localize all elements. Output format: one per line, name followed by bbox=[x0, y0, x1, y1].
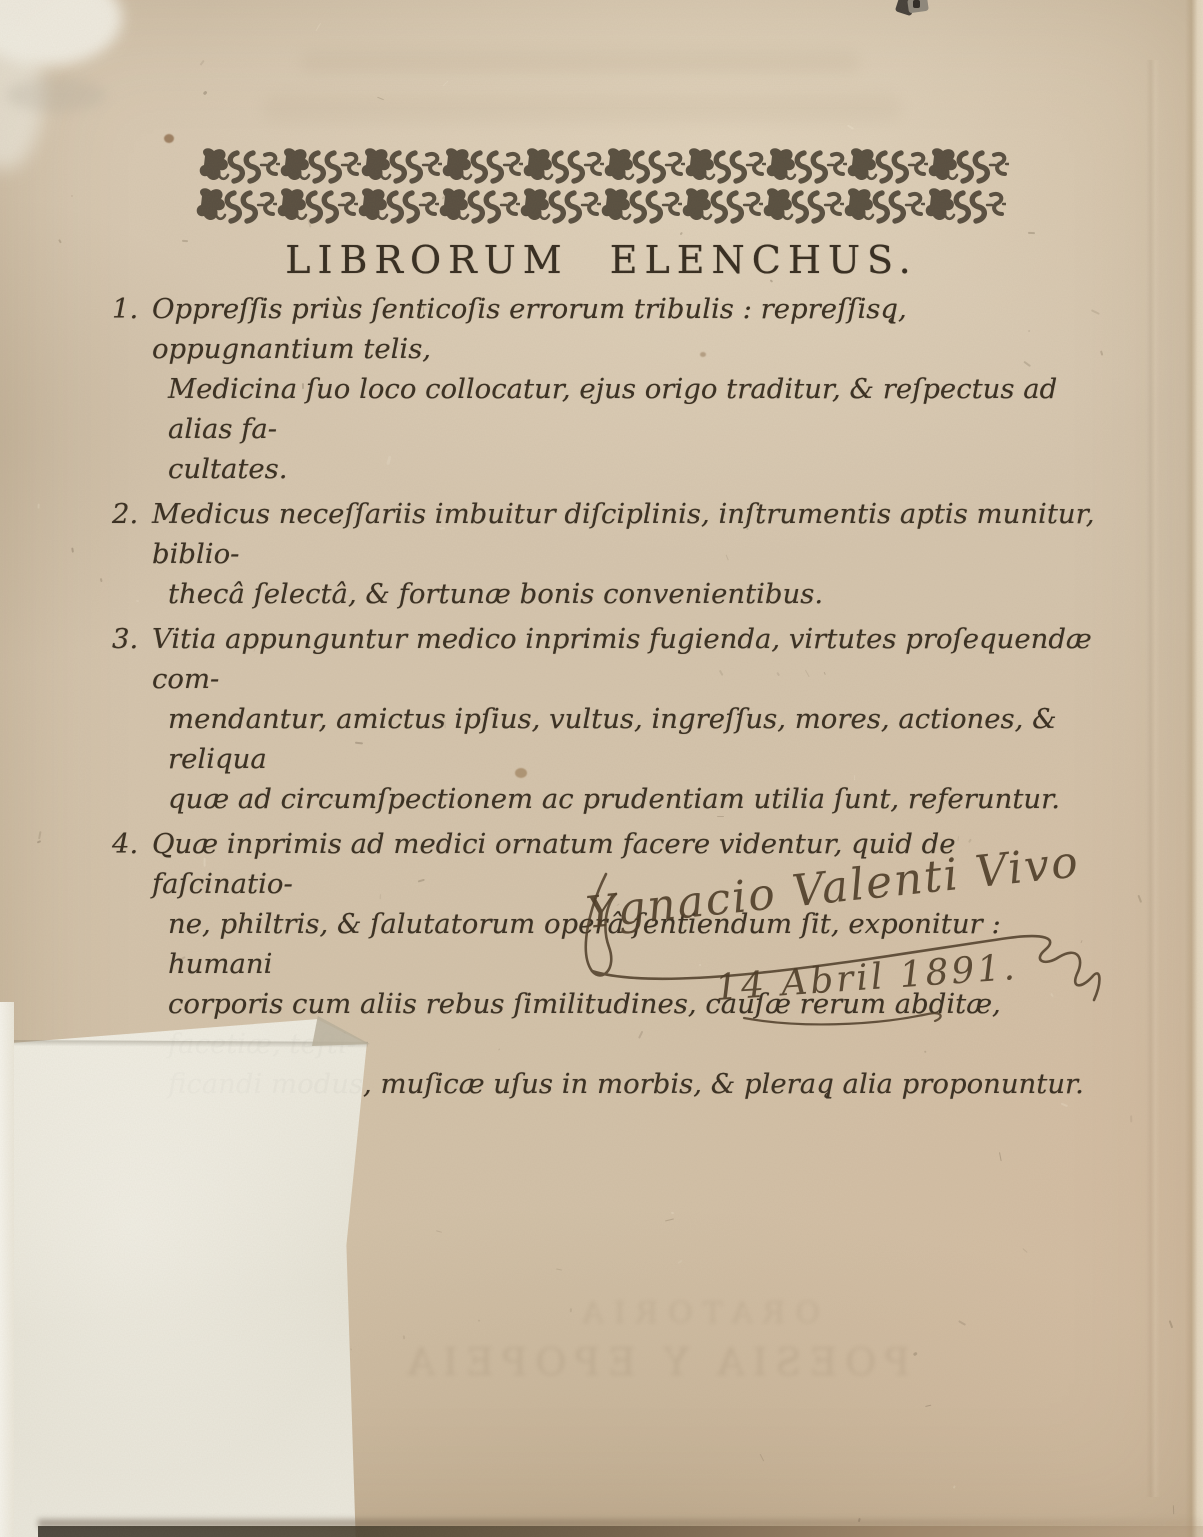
paper-fleck bbox=[1168, 1320, 1173, 1328]
fleuron-ornament bbox=[358, 186, 439, 226]
paper-fleck bbox=[913, 1352, 918, 1357]
fleuron-ornament bbox=[928, 146, 1009, 186]
fleuron-ornament bbox=[844, 186, 925, 226]
ornament-row bbox=[199, 146, 1009, 186]
text-line: quæ ad circumſpectionem ac prudentiam ut… bbox=[168, 779, 1102, 819]
list-item: 1.Oppreſſis priùs ſenticoſis errorum tri… bbox=[112, 289, 1102, 489]
ink-blot-part bbox=[913, 0, 920, 8]
fleuron-ornament bbox=[847, 146, 928, 186]
paper-fleck bbox=[37, 841, 41, 844]
fleuron-ornament bbox=[196, 186, 277, 226]
scan-left-edge bbox=[0, 1002, 14, 1537]
show-through-band bbox=[300, 50, 860, 74]
paper-fleck bbox=[99, 578, 102, 583]
fleuron-ornament bbox=[682, 186, 763, 226]
text-line: cultates. bbox=[168, 449, 1102, 489]
fleuron-ornament bbox=[925, 186, 1006, 226]
paper-fleck bbox=[665, 1217, 674, 1221]
fleuron-ornament bbox=[685, 146, 766, 186]
tissue-guard-overlay bbox=[6, 1016, 376, 1537]
list-item: 3.Vitia appunguntur medico inprimis fugi… bbox=[112, 619, 1102, 819]
text-line: Oppreſſis priùs ſenticoſis errorum tribu… bbox=[152, 289, 1102, 369]
text-line: Medicus neceſſariis imbuitur diſciplinis… bbox=[152, 494, 1102, 574]
fleuron-ornament bbox=[361, 146, 442, 186]
text-line: mendantur, amictus ipſius, vultus, ingre… bbox=[168, 699, 1102, 779]
tissue-remnant-shadow bbox=[6, 78, 106, 112]
paper-fleck bbox=[925, 1404, 931, 1407]
show-through-text: ORATORIA bbox=[400, 1296, 820, 1331]
paper-fleck bbox=[1138, 895, 1142, 903]
paper-fleck bbox=[442, 81, 448, 86]
paper-fleck bbox=[1022, 1248, 1027, 1253]
list-item: 2.Medicus neceſſariis imbuitur diſciplin… bbox=[112, 494, 1102, 614]
fleuron-ornament bbox=[277, 186, 358, 226]
ornament-row bbox=[196, 186, 1006, 226]
show-through-band bbox=[262, 94, 902, 122]
paper-fleck bbox=[678, 1260, 683, 1264]
paper-fleck bbox=[203, 91, 208, 96]
paper-crease bbox=[1146, 60, 1160, 1497]
paper-fleck bbox=[953, 1485, 956, 1488]
paper-fleck bbox=[846, 125, 853, 130]
paper-fleck bbox=[350, 1348, 352, 1351]
ornament-band bbox=[199, 146, 1011, 232]
scanned-book-page: LIBRORUM ELENCHUS. 1.Oppreſſis priùs ſen… bbox=[0, 0, 1203, 1537]
paper-fleck bbox=[478, 1320, 480, 1322]
paper-fleck bbox=[570, 1308, 572, 1312]
fleuron-ornament bbox=[523, 146, 604, 186]
page-title: LIBRORUM ELENCHUS. bbox=[0, 238, 1203, 282]
paper-fleck bbox=[671, 1212, 674, 1215]
show-through-text: POESIA Y EPOPEIA bbox=[350, 1340, 910, 1384]
paper-fleck bbox=[679, 232, 682, 236]
fleuron-ornament bbox=[601, 186, 682, 226]
paper-spot bbox=[700, 352, 706, 357]
fleuron-ornament bbox=[763, 186, 844, 226]
item-number: 4. bbox=[112, 824, 138, 864]
paper-fleck bbox=[200, 60, 205, 66]
item-number: 2. bbox=[112, 494, 138, 534]
fleuron-ornament bbox=[766, 146, 847, 186]
paper-fleck bbox=[958, 1320, 966, 1326]
fleuron-ornament bbox=[199, 146, 280, 186]
paper-fleck bbox=[436, 1230, 442, 1233]
paper-fleck bbox=[71, 548, 74, 553]
paper-spot bbox=[515, 768, 527, 778]
fleuron-ornament bbox=[604, 146, 685, 186]
tissue-remnant bbox=[0, 0, 122, 66]
text-line: ne, philtris, & ſalutatorum operâ ſentie… bbox=[168, 904, 1102, 984]
fleuron-ornament bbox=[439, 186, 520, 226]
paper-fleck bbox=[1027, 232, 1034, 234]
text-line: Vitia appunguntur medico inprimis fugien… bbox=[152, 619, 1102, 699]
paper-fleck bbox=[1173, 1505, 1175, 1514]
paper-fleck bbox=[315, 23, 321, 31]
item-number: 1. bbox=[112, 289, 138, 329]
paper-fleck bbox=[402, 1335, 405, 1339]
item-number: 3. bbox=[112, 619, 138, 659]
paper-fleck bbox=[556, 1268, 562, 1270]
fleuron-ornament bbox=[442, 146, 523, 186]
paper-fleck bbox=[71, 195, 74, 197]
paper-fleck bbox=[38, 832, 41, 840]
paper-fleck bbox=[377, 97, 384, 101]
page-bottom-edge bbox=[38, 1526, 1203, 1537]
tissue-remnant bbox=[0, 20, 44, 170]
ink-blot-mark bbox=[893, 0, 933, 20]
text-line: Quæ inprimis ad medici ornatum facere vi… bbox=[152, 824, 1102, 904]
paper-fleck bbox=[999, 1153, 1002, 1162]
text-line: thecâ ſelectâ, & fortunæ bonis convenien… bbox=[168, 574, 1102, 614]
paper-spot bbox=[164, 134, 174, 143]
page-right-edge bbox=[1185, 0, 1203, 1537]
paper-fleck bbox=[1131, 1115, 1133, 1122]
text-line: Medicina ſuo loco collocatur, ejus origo… bbox=[168, 369, 1102, 449]
paper-fleck bbox=[760, 1454, 764, 1461]
fleuron-ornament bbox=[520, 186, 601, 226]
paper-fleck bbox=[37, 503, 39, 508]
fleuron-ornament bbox=[280, 146, 361, 186]
book-list: 1.Oppreſſis priùs ſenticoſis errorum tri… bbox=[112, 289, 1102, 1109]
